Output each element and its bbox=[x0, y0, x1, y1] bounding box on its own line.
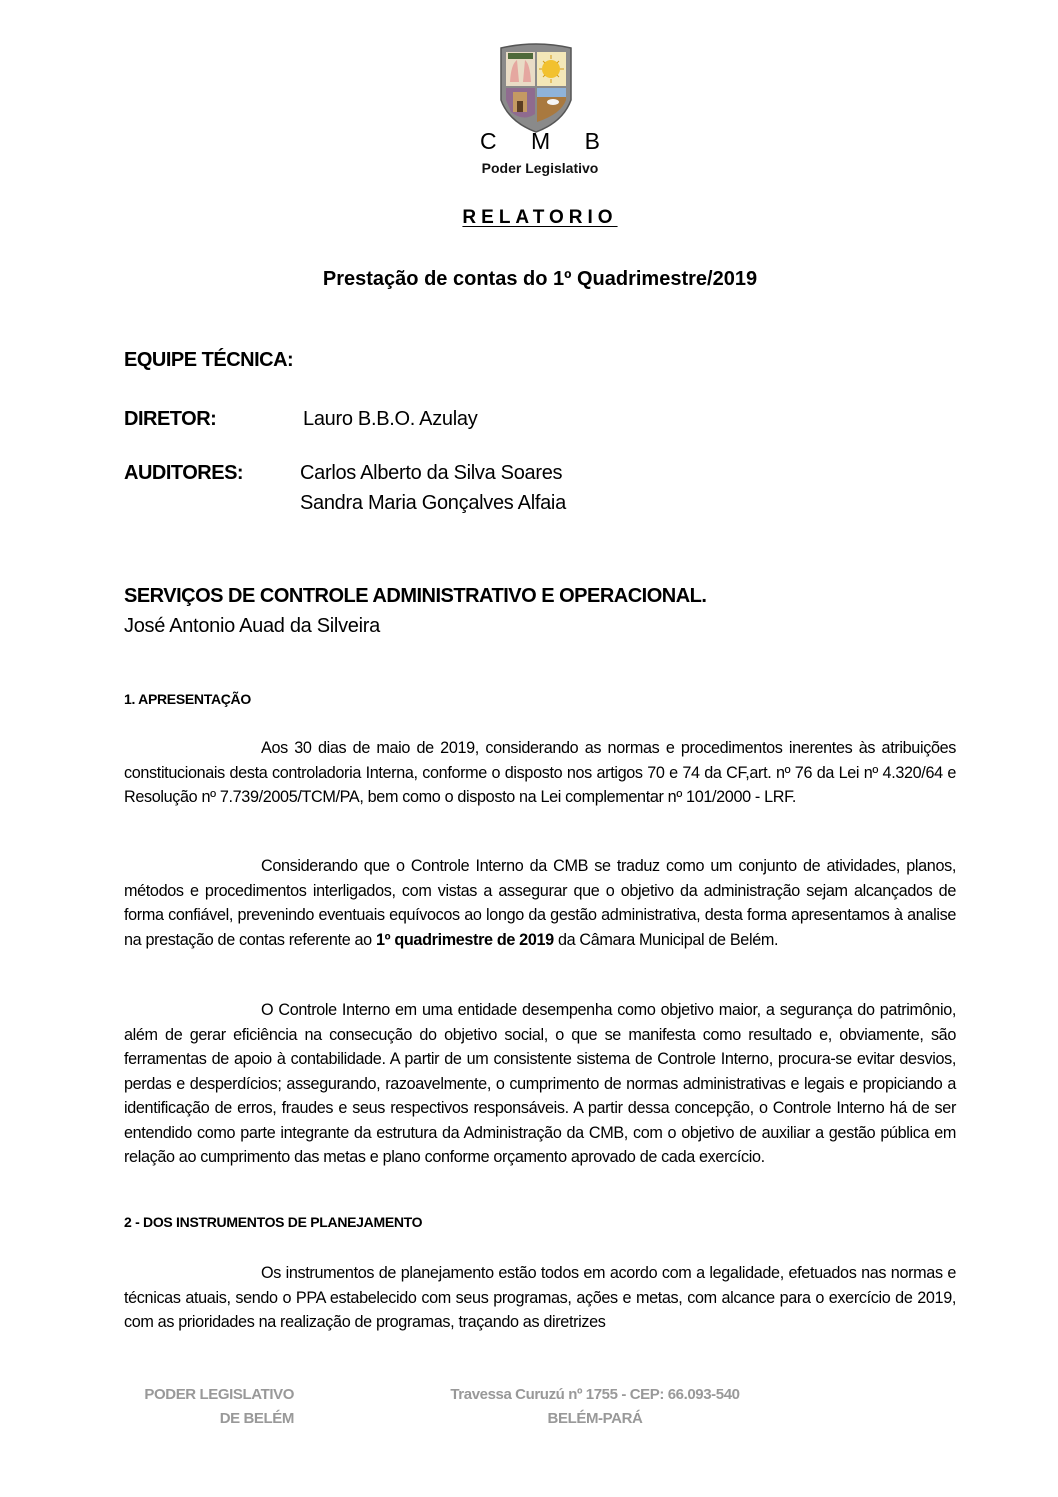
footer-org: PODER LEGISLATIVO DE BELÉM bbox=[124, 1383, 294, 1431]
auditors-label: AUDITORES: bbox=[124, 462, 243, 485]
org-subtitle: Poder Legislativo bbox=[440, 160, 640, 176]
report-title: RELATORIO bbox=[360, 207, 720, 229]
paragraph: Aos 30 dias de maio de 2019, considerand… bbox=[124, 736, 956, 810]
section-heading: 2 - DOS INSTRUMENTOS DE PLANEJAMENTO bbox=[124, 1214, 422, 1230]
section-heading: 1. APRESENTAÇÃO bbox=[124, 691, 251, 707]
footer-org-line: DE BELÉM bbox=[124, 1407, 294, 1431]
director-label: DIRETOR: bbox=[124, 408, 216, 431]
services-name: José Antonio Auad da Silveira bbox=[124, 615, 380, 638]
footer-address-line: BELÉM-PARÁ bbox=[400, 1407, 790, 1431]
paragraph-text: Os instrumentos de planejamento estão to… bbox=[124, 1264, 956, 1331]
auditor-name: Sandra Maria Gonçalves Alfaia bbox=[300, 492, 566, 515]
footer-address-line: Travessa Curuzú nº 1755 - CEP: 66.093-54… bbox=[400, 1383, 790, 1407]
paragraph: Os instrumentos de planejamento estão to… bbox=[124, 1261, 956, 1335]
team-heading: EQUIPE TÉCNICA: bbox=[124, 349, 293, 372]
paragraph-bold-text: 1º quadrimestre de 2019 bbox=[376, 931, 554, 949]
coat-of-arms-icon bbox=[497, 42, 575, 134]
paragraph: O Controle Interno em uma entidade desem… bbox=[124, 998, 956, 1170]
report-subtitle: Prestação de contas do 1º Quadrimestre/2… bbox=[240, 268, 840, 291]
report-title-text: RELATORIO bbox=[462, 207, 617, 228]
auditor-name: Carlos Alberto da Silva Soares bbox=[300, 462, 562, 485]
paragraph: Considerando que o Controle Interno da C… bbox=[124, 854, 956, 952]
footer-org-line: PODER LEGISLATIVO bbox=[124, 1383, 294, 1407]
document-page: C M B Poder Legislativo RELATORIO Presta… bbox=[0, 0, 1058, 1497]
services-heading: SERVIÇOS DE CONTROLE ADMINISTRATIVO E OP… bbox=[124, 585, 706, 608]
director-name: Lauro B.B.O. Azulay bbox=[303, 408, 477, 431]
paragraph-text: Aos 30 dias de maio de 2019, considerand… bbox=[124, 739, 956, 806]
paragraph-text: O Controle Interno em uma entidade desem… bbox=[124, 1001, 956, 1166]
org-acronym: C M B bbox=[440, 128, 640, 155]
footer-address: Travessa Curuzú nº 1755 - CEP: 66.093-54… bbox=[400, 1383, 790, 1431]
paragraph-text: da Câmara Municipal de Belém. bbox=[554, 931, 778, 949]
